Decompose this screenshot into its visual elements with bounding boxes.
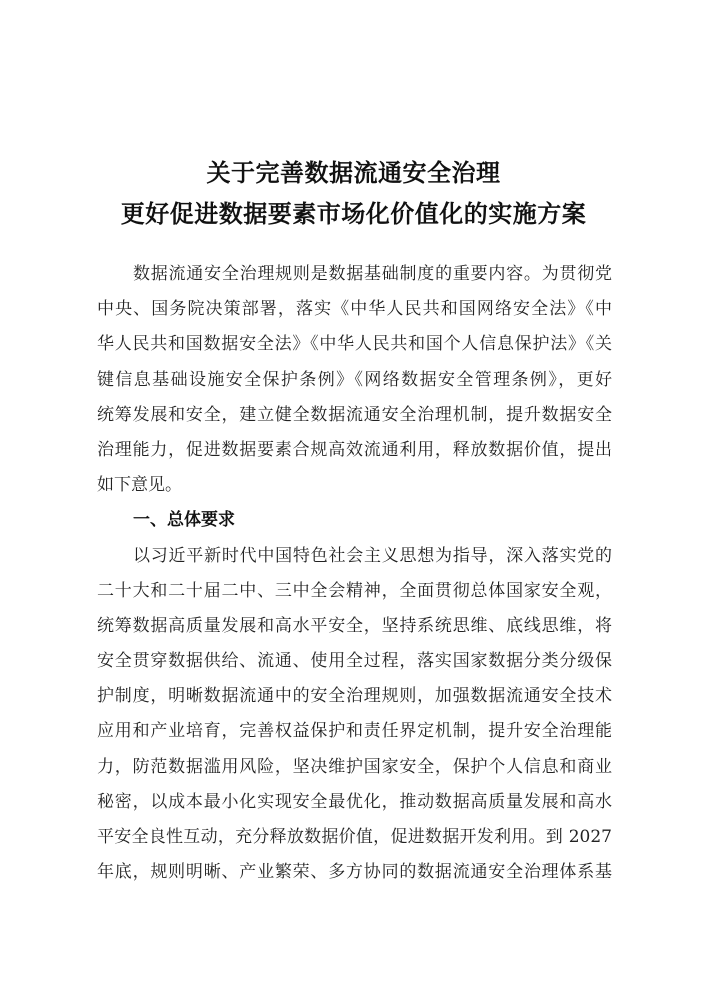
paragraph-line: 平安全良性互动，充分释放数据价值，促进数据开发利用。到 2027 [97,820,612,855]
paragraph-line: 数据流通安全治理规则是数据基础制度的重要内容。为贯彻党 [97,257,612,292]
paragraph-line: 统筹发展和安全，建立健全数据流通安全治理机制，提升数据安全 [97,398,612,433]
paragraph-line: 治理能力，促进数据要素合规高效流通利用，释放数据价值，提出 [97,433,612,468]
paragraph-line: 安全贯穿数据供给、流通、使用全过程，落实国家数据分类分级保 [97,644,612,679]
paragraph-line: 中央、国务院决策部署，落实《中华人民共和国网络安全法》《中 [97,292,612,327]
paragraph-line: 应用和产业培育，完善权益保护和责任界定机制，提升安全治理能 [97,714,612,749]
preamble-paragraph: 数据流通安全治理规则是数据基础制度的重要内容。为贯彻党 中央、国务院决策部署，落… [97,257,612,503]
title-line-1: 关于完善数据流通安全治理 [0,152,707,193]
section-1-paragraph: 以习近平新时代中国特色社会主义思想为指导，深入落实党的 二十大和二十届二中、三中… [97,539,612,891]
paragraph-line: 力，防范数据滥用风险，坚决维护国家安全，保护个人信息和商业 [97,750,612,785]
document-title: 关于完善数据流通安全治理 更好促进数据要素市场化价值化的实施方案 [0,152,707,234]
document-body: 数据流通安全治理规则是数据基础制度的重要内容。为贯彻党 中央、国务院决策部署，落… [97,257,612,890]
document-page: 关于完善数据流通安全治理 更好促进数据要素市场化价值化的实施方案 数据流通安全治… [0,0,707,999]
paragraph-line: 华人民共和国数据安全法》《中华人民共和国个人信息保护法》《关 [97,327,612,362]
paragraph-line: 如下意见。 [97,468,612,503]
paragraph-line: 以习近平新时代中国特色社会主义思想为指导，深入落实党的 [97,539,612,574]
title-line-2: 更好促进数据要素市场化价值化的实施方案 [0,193,707,234]
paragraph-line: 键信息基础设施安全保护条例》《网络数据安全管理条例》，更好 [97,363,612,398]
paragraph-line: 秘密，以成本最小化实现安全最优化，推动数据高质量发展和高水 [97,785,612,820]
paragraph-line: 年底，规则明晰、产业繁荣、多方协同的数据流通安全治理体系基 [97,855,612,890]
paragraph-line: 统筹数据高质量发展和高水平安全，坚持系统思维、底线思维，将 [97,609,612,644]
section-heading: 一、总体要求 [97,503,612,538]
paragraph-line: 护制度，明晰数据流通中的安全治理规则，加强数据流通安全技术 [97,679,612,714]
paragraph-line: 二十大和二十届二中、三中全会精神，全面贯彻总体国家安全观， [97,574,612,609]
